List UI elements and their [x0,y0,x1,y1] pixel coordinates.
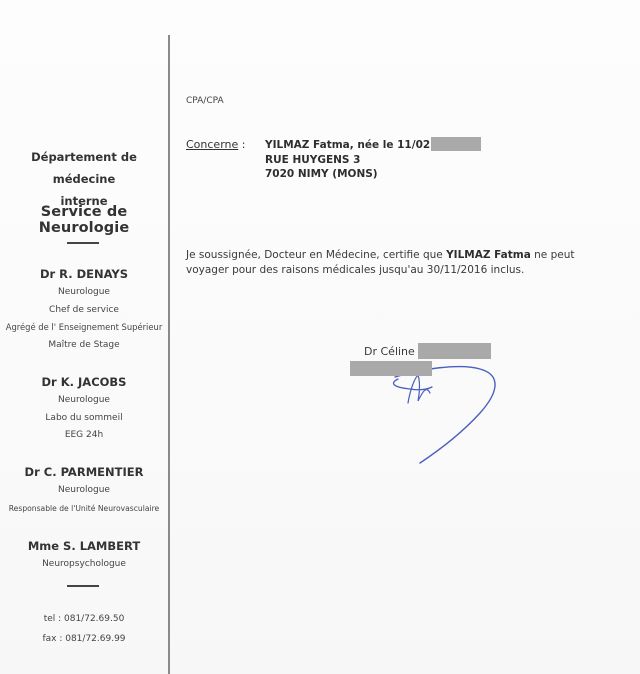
redacted-birth-year [431,137,481,151]
staff-entry: Dr R. DENAYS Neurologue Chef de service … [0,264,168,354]
department-line-1: Département de médecine [0,146,168,190]
patient-address-line-2: 7020 NIMY (MONS) [265,167,481,182]
staff-name: Dr R. DENAYS [0,264,168,284]
redacted-signer-line [350,361,432,376]
patient-address-line-1: RUE HUYGENS 3 [265,153,481,168]
staff-role: Neurologue [0,284,168,302]
phone-number: tel : 081/72.69.50 [0,609,168,629]
staff-entry: Mme S. LAMBERT Neuropsychologue [0,536,168,574]
separator-rule [67,242,99,244]
concerne-label: Concerne : [186,138,245,151]
service-name: Service de Neurologie [0,204,168,236]
fax-number: fax : 081/72.69.99 [0,629,168,649]
patient-line: YILMAZ Fatma, née le 11/02 [265,137,481,153]
staff-role: Neurologue [0,392,168,410]
patient-block: YILMAZ Fatma, née le 11/02 RUE HUYGENS 3… [265,137,481,182]
body-patient-name: YILMAZ Fatma [446,249,531,261]
separator-rule [67,585,99,587]
vertical-divider [168,35,170,674]
letter-page: Département de médecine interne Service … [0,0,640,674]
staff-name: Dr C. PARMENTIER [0,462,168,482]
reference-code: CPA/CPA [186,96,224,106]
staff-role: EEG 24h [0,427,168,445]
concerne-label-text: Concerne [186,138,238,151]
certificate-text: Je soussignée, Docteur en Médecine, cert… [186,248,606,277]
staff-role: Neuropsychologue [0,556,168,574]
staff-entry: Dr C. PARMENTIER Neurologue Responsable … [0,462,168,517]
concerne-separator: : [238,138,245,151]
patient-name-dob: YILMAZ Fatma, née le 11/02 [265,139,430,151]
staff-entry: Dr K. JACOBS Neurologue Labo du sommeil … [0,372,168,445]
staff-role: Maître de Stage [0,337,168,355]
staff-role: Neurologue [0,482,168,500]
staff-role: Chef de service [0,302,168,320]
department-name: Département de médecine interne [0,146,168,212]
staff-role: Labo du sommeil [0,410,168,428]
staff-name: Dr K. JACOBS [0,372,168,392]
staff-name: Mme S. LAMBERT [0,536,168,556]
staff-role: Agrégé de l' Enseignement Supérieur [0,319,168,337]
contact-info: tel : 081/72.69.50 fax : 081/72.69.99 [0,609,168,649]
body-text-part-1: Je soussignée, Docteur en Médecine, cert… [186,249,446,261]
staff-role: Responsable de l'Unité Neurovasculaire [0,500,168,518]
